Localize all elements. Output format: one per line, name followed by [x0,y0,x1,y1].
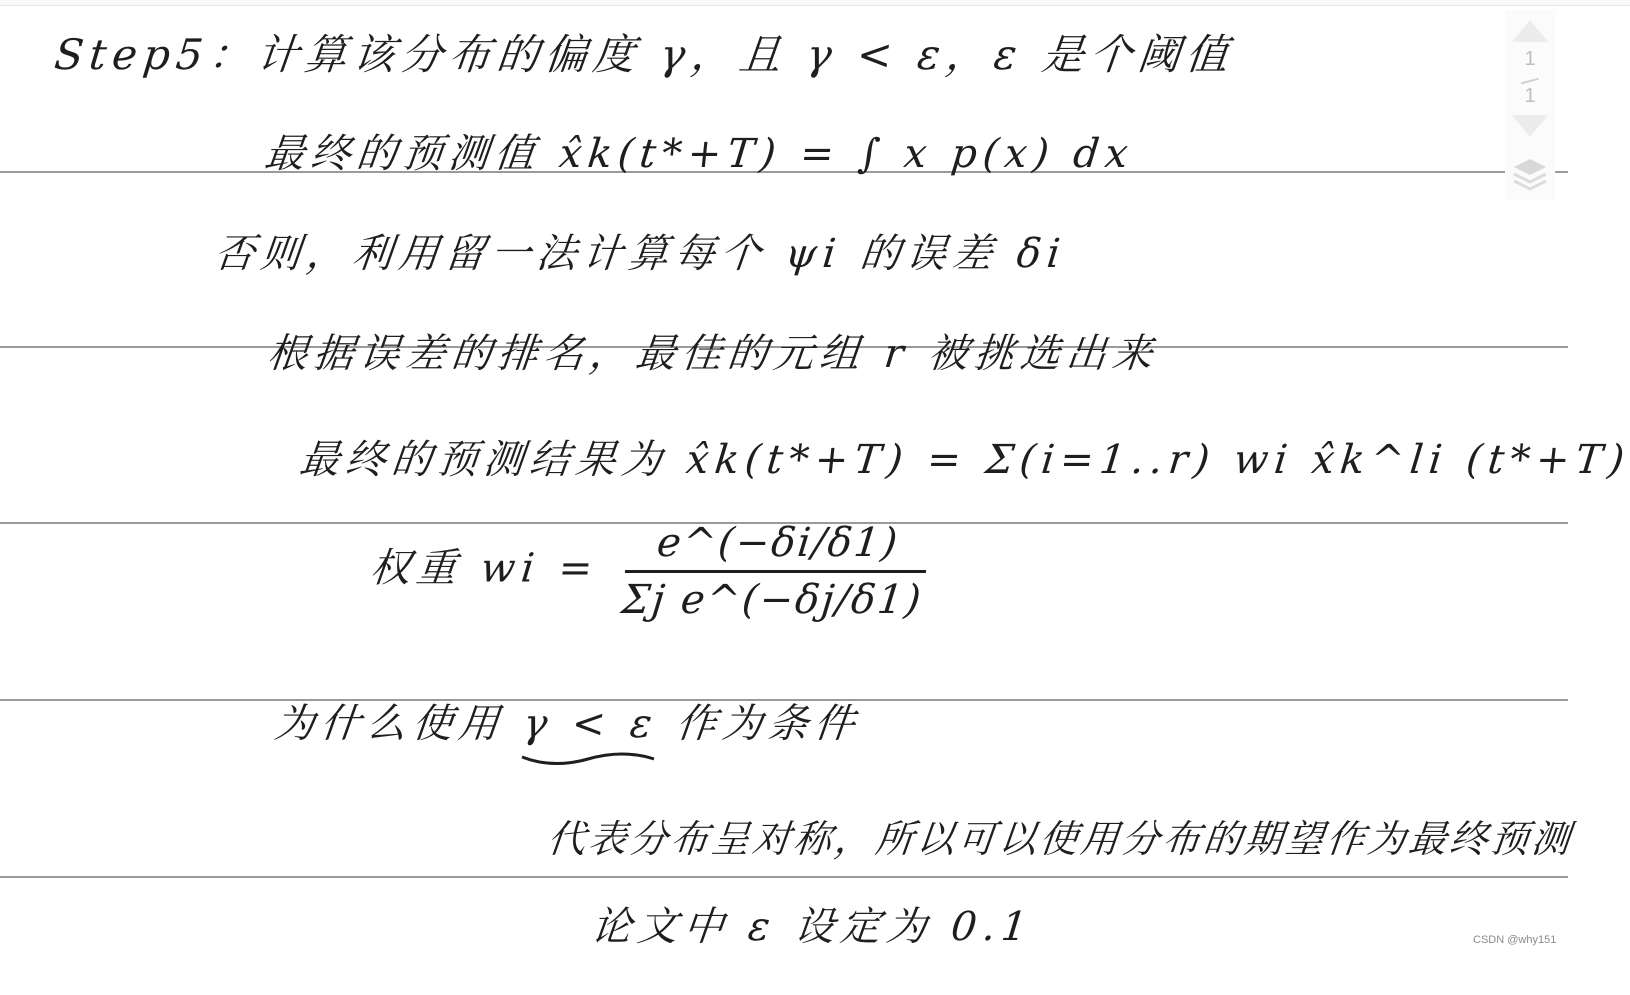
page-up-icon[interactable] [1512,20,1548,42]
note-line-step5: Step5：计算该分布的偏度 γ，且 γ < ε，ε 是个阈值 [52,22,1238,82]
note-line-symmetric: 代表分布呈对称，所以可以使用分布的期望作为最终预测 [545,808,1576,863]
page-navigator: 1 1 [1505,10,1555,200]
note-line-ranking: 根据误差的排名，最佳的元组 r 被挑选出来 [265,322,1162,379]
note-line-weight: 权重 wi = e^(−δi/δ1) Σj e^(−δj/δ1) [365,520,931,623]
top-border [0,0,1630,6]
weight-fraction: e^(−δi/δ1) Σj e^(−δj/δ1) [619,520,931,623]
weight-denominator: Σj e^(−δj/δ1) [619,573,925,623]
note-line-otherwise: 否则，利用留一法计算每个 ψi 的误差 δi [212,222,1069,279]
note-line-why: 为什么使用 γ < ε 作为条件 [272,692,864,749]
total-pages: 1 [1505,85,1555,108]
current-page: 1 [1505,48,1555,71]
note-line-final-result: 最终的预测结果为 x̂k(t*+T) = Σ(i=1..r) wi x̂k^li… [297,428,1630,485]
note-line-epsilon-value: 论文中 ε 设定为 0.1 [589,895,1036,952]
weight-label: 权重 wi = [368,546,601,592]
csdn-watermark: CSDN @why151 [1473,934,1556,946]
ruled-line [0,876,1568,878]
weight-numerator: e^(−δi/δ1) [625,520,931,573]
page-separator [1521,78,1539,85]
wavy-underline [518,745,658,769]
page-down-icon[interactable] [1512,115,1548,137]
layers-icon[interactable] [1510,155,1550,195]
note-line-expectation: 最终的预测值 x̂k(t*+T) = ∫ x p(x) dx [262,122,1137,179]
